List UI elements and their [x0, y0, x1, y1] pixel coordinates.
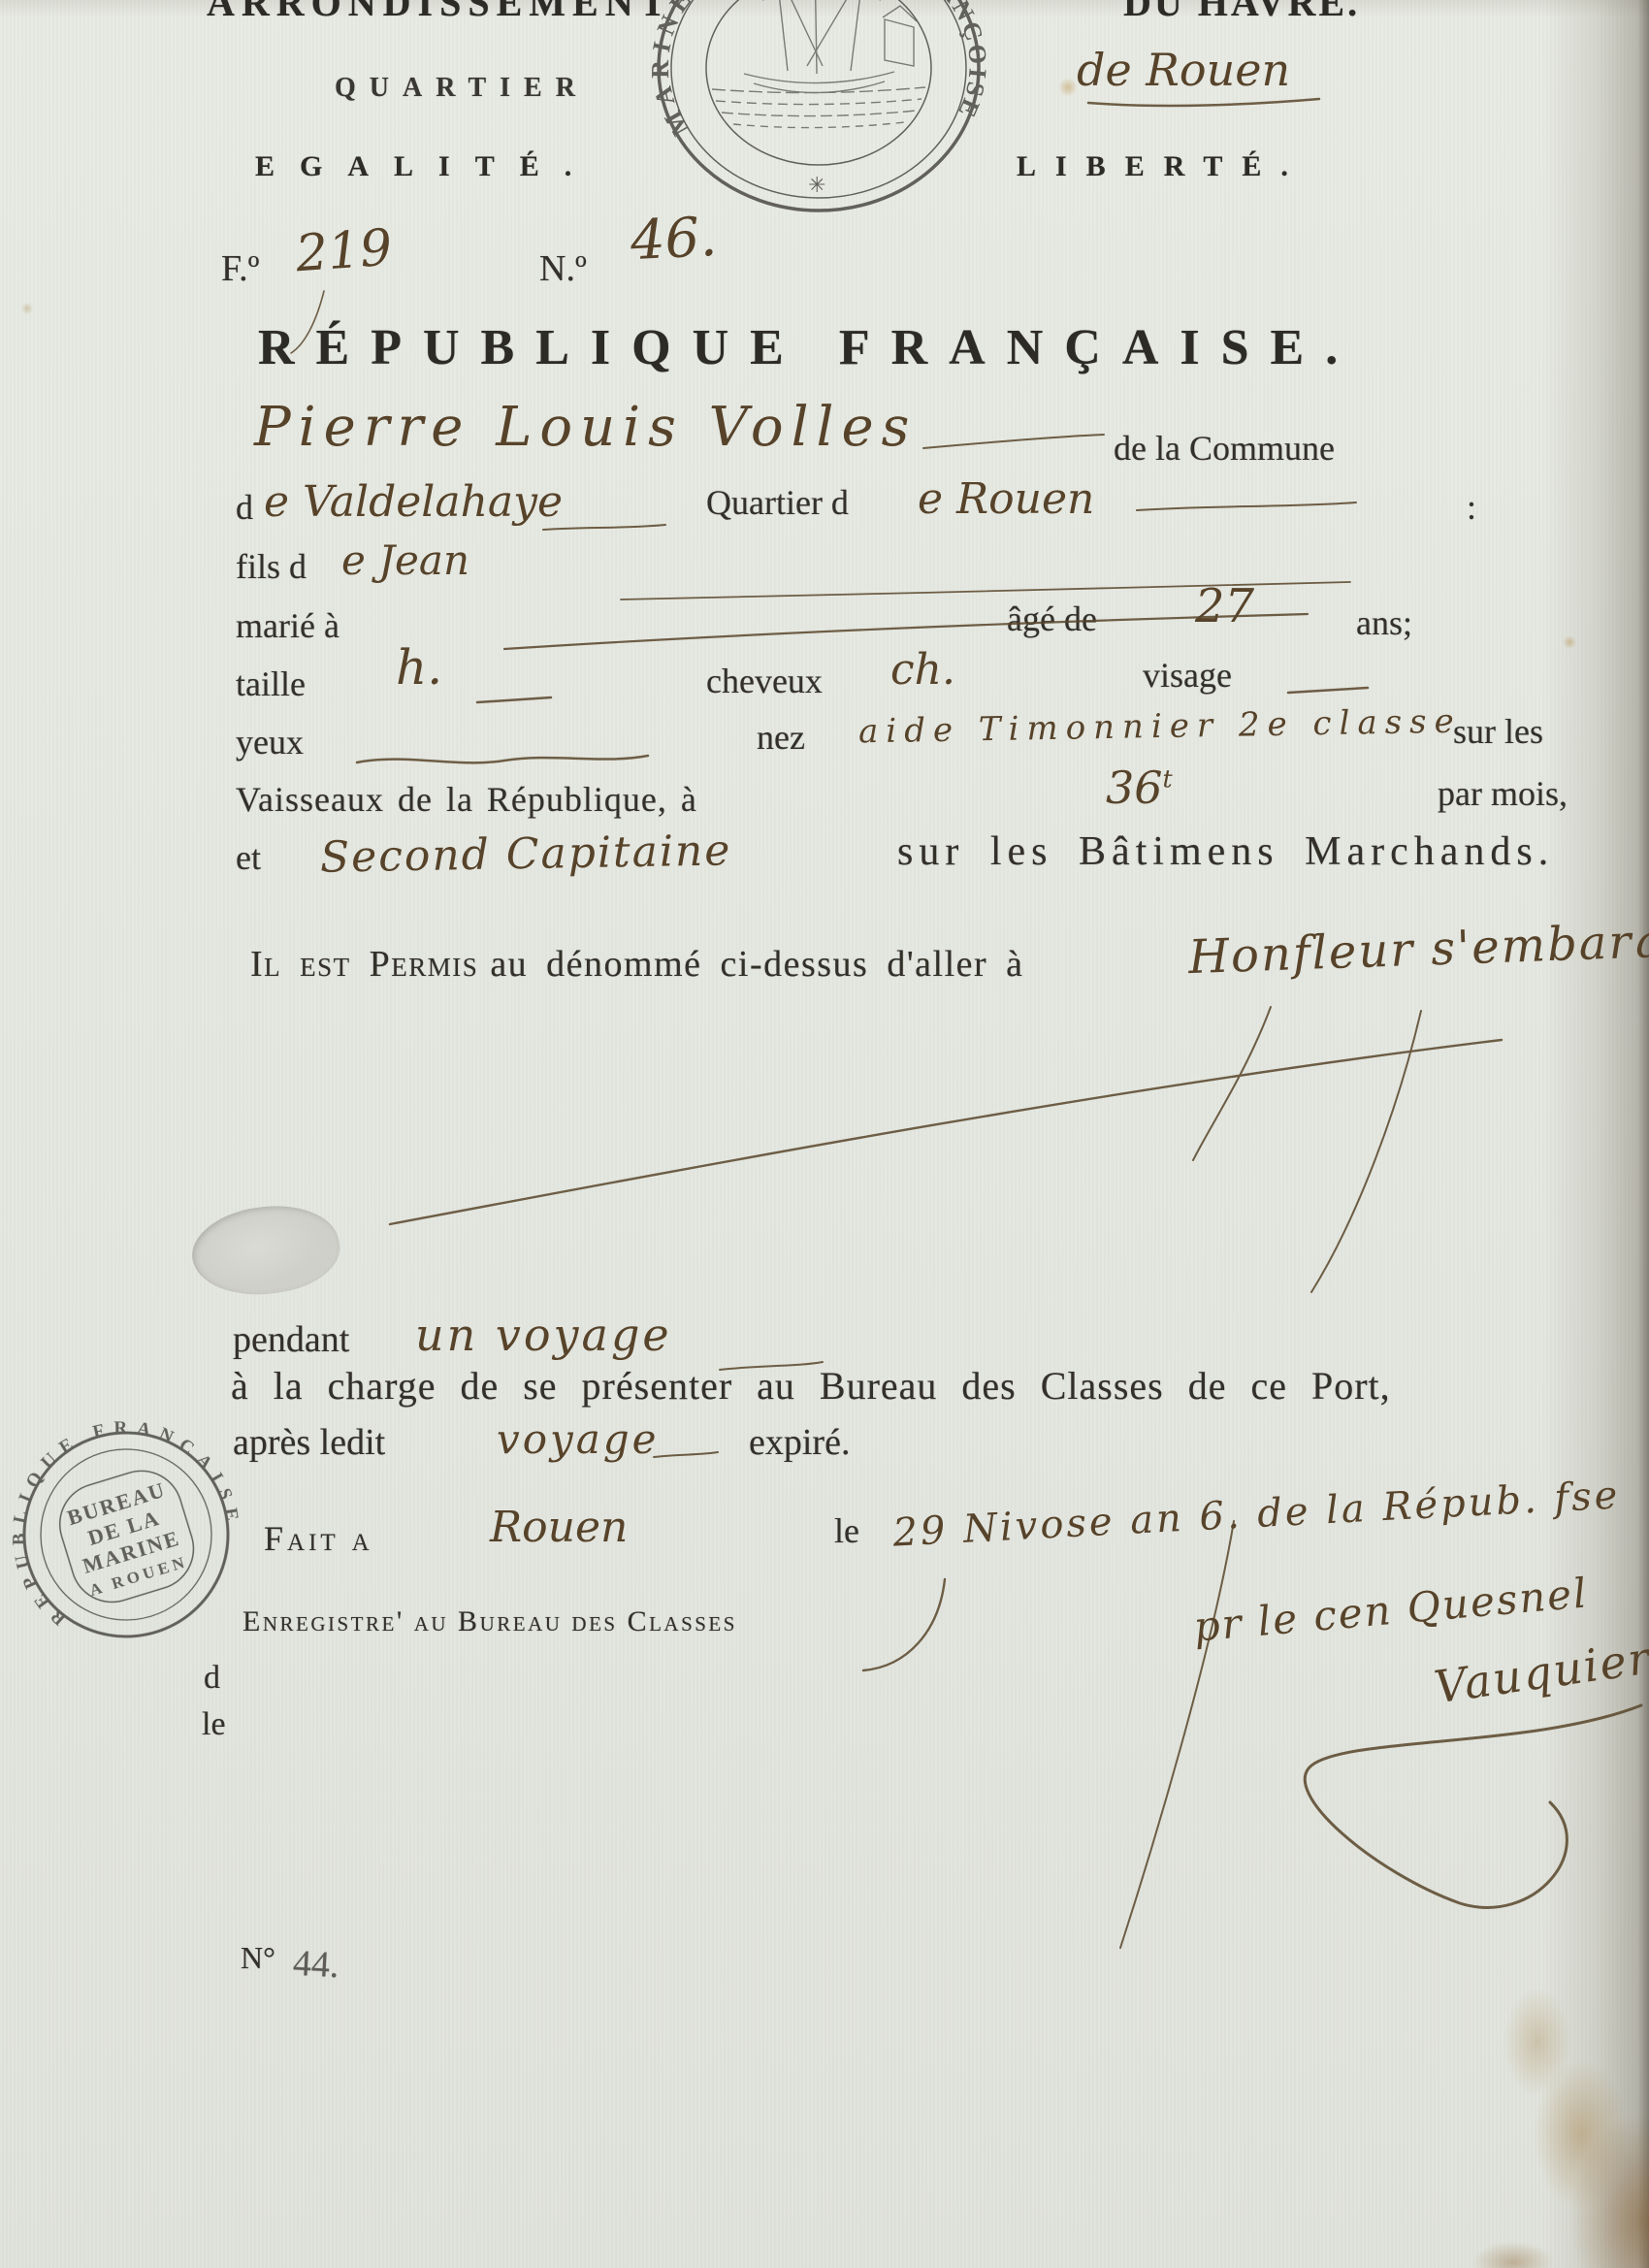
seal-star-icon: ✳: [808, 173, 825, 197]
quartier-label: QUARTIER: [335, 74, 589, 102]
apres-value: voyage: [497, 1418, 660, 1461]
numero-label: N.º: [539, 250, 587, 289]
signature-official: Vauquier: [1432, 1635, 1649, 1711]
paper-damage-blob: [186, 1196, 345, 1306]
date-descender: [863, 1579, 945, 1670]
vaisseaux-label: Vaisseaux de la République, à: [236, 782, 697, 819]
yeux-wavy-dash: [357, 756, 648, 762]
harbor-building: [885, 19, 914, 66]
cheveux-value: ch.: [890, 648, 955, 693]
signature-clerk: pr le cen Quesnel: [1192, 1571, 1590, 1648]
footer-number-label: N°: [241, 1942, 275, 1975]
et-label: et: [236, 840, 261, 877]
date-value: 29 Nivose an 6. de la Répub. fse: [891, 1474, 1621, 1553]
long-diagonal-stroke: [390, 1040, 1502, 1224]
apres-label: après ledit: [233, 1424, 385, 1463]
name-tail-stroke: [923, 435, 1104, 448]
quartier2-value: e Rouen: [918, 477, 1094, 522]
ship-hull: [744, 72, 894, 83]
sur-les-label: sur les: [1453, 714, 1543, 751]
marine-seal-graphic: MARINE D FRANÇOISE: [652, 0, 986, 236]
quartier2-label: Quartier d: [706, 485, 849, 522]
grade-value: aide Timonnier 2e classe: [858, 705, 1462, 751]
grade2-value: Second Capitaine: [320, 828, 732, 881]
ans-label: ans;: [1356, 605, 1412, 642]
commune-value: e Valdelahaye: [264, 480, 563, 525]
destination-value: Honfleur s'embarquer: [1187, 914, 1649, 983]
ship-scene: [712, 0, 925, 128]
document-page: MARINE D FRANÇOISE: [0, 0, 1649, 2268]
egalite-label: EGALITÉ.: [255, 151, 597, 182]
salary-unit: t: [1163, 765, 1173, 794]
le-label: le: [834, 1513, 859, 1550]
age-label: âgé de: [1007, 601, 1097, 638]
salary-value: 36t: [1106, 764, 1173, 811]
stamp-center-text: BUREAU DE LA MARINE A ROUEN: [64, 1477, 190, 1600]
long-vertical-stroke: [1120, 1521, 1234, 1948]
permit-rest: au dénommé ci-dessus d'aller à: [490, 944, 1023, 985]
visage-dash: [1288, 688, 1368, 693]
arrondissement-label: ARRONDISSEMENT: [207, 0, 672, 23]
rouen-line-dash: [1137, 502, 1356, 510]
yeux-label: yeux: [236, 725, 304, 761]
footer-number-value: 44.: [292, 1945, 340, 1986]
enregistre-label: Enregistre' au Bureau des Classes: [242, 1606, 737, 1637]
pendant-value: un voyage: [415, 1312, 672, 1358]
taille-value: h.: [396, 642, 442, 694]
age-value: 27: [1195, 582, 1254, 631]
colon-mark: :: [1467, 490, 1476, 527]
par-mois-label: par mois,: [1438, 776, 1568, 813]
de-prefix-label: d: [236, 490, 253, 527]
d-margin-label: d: [204, 1661, 220, 1696]
pendant-label: pendant: [233, 1321, 349, 1360]
visage-label: visage: [1143, 658, 1232, 695]
le-margin-label: le: [202, 1707, 226, 1742]
signature-flourish: [1305, 1705, 1641, 1907]
expire-label: expiré.: [749, 1424, 850, 1463]
sailor-name-value: Pierre Louis Volles: [254, 400, 917, 457]
voyage-dash-2: [654, 1452, 718, 1457]
quartier-value-handwritten: de Rouen: [1077, 47, 1290, 93]
marie-label: marié à: [236, 608, 339, 645]
fait-place-value: Rouen: [490, 1506, 628, 1550]
numero-value: 46.: [630, 210, 719, 271]
commune-label: de la Commune: [1114, 431, 1335, 468]
destination-descender-2: [1311, 1011, 1421, 1292]
fils-value: e Jean: [341, 539, 469, 582]
district-label: DU HAVRE.: [1123, 0, 1360, 23]
permission-line: Il est Permisau dénommé ci-dessus d'alle…: [250, 946, 1024, 985]
charge-label: à la charge de se présenter au Bureau de…: [231, 1366, 1391, 1407]
fils-label: fils d: [236, 549, 307, 586]
liberte-label: LIBERTÉ.: [1017, 151, 1308, 182]
marie-rule: [504, 614, 1308, 649]
marine-seal: MARINE D FRANÇOISE: [652, 0, 986, 236]
folio-label: F.º: [221, 250, 259, 289]
nez-label: nez: [757, 720, 805, 757]
batimens-label: sur les Bâtimens Marchands.: [897, 830, 1554, 873]
taille-dash: [477, 697, 551, 702]
rouen-header-underline: [1088, 99, 1319, 106]
permit-smallcaps: Il est Permis: [250, 944, 478, 985]
folio-value: 219: [294, 222, 394, 281]
page-title: RÉPUBLIQUE FRANÇAISE.: [258, 322, 1359, 375]
cheveux-label: cheveux: [706, 664, 823, 700]
destination-descender-1: [1193, 1007, 1271, 1160]
ship-mast: [776, 0, 788, 71]
taille-label: taille: [236, 666, 306, 703]
salary-number: 36: [1106, 761, 1163, 814]
fait-label: Fait a: [264, 1521, 373, 1558]
